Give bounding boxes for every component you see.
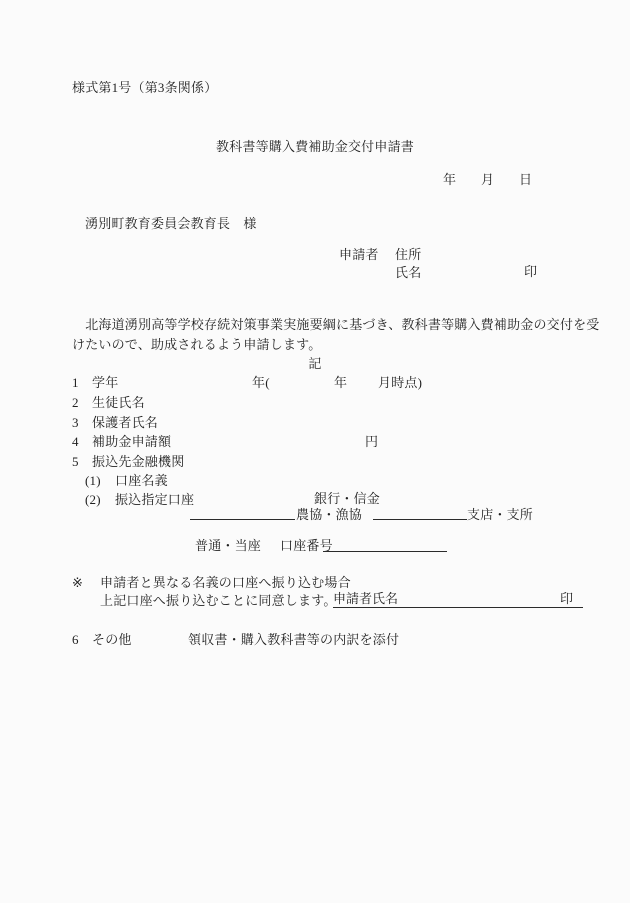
item5-number: 5 [72,454,79,469]
item1-year: 年 [334,375,347,390]
list-marker-ki: 記 [0,356,630,371]
account-type-label: 普通・当座 [195,538,261,553]
bank-type-line2: 農協・漁協 [296,507,362,522]
item5-sub1-label: 口座名義 [115,473,168,488]
item3-number: 3 [72,415,79,430]
date-month-label: 月 [481,172,494,187]
item1-month-suffix: 月時点) [378,375,422,390]
item4-label: 補助金申請額 [92,434,171,449]
consent-applicant-name-label: 申請者氏名 [333,591,398,606]
item6-note: 領収書・購入教科書等の内訳を添付 [188,632,399,647]
applicant-address-label: 住所 [395,247,421,262]
item5-sub1-number: (1) [85,473,101,488]
form-number: 様式第1号（第3条関係） [72,80,217,95]
date-day-label: 日 [519,172,532,187]
consent-seal-mark: 印 [560,591,573,606]
item3-label: 保護者氏名 [92,415,158,430]
bank-name-fill-line [190,505,295,520]
addressee: 湧別町教育委員会教育長 様 [85,216,257,231]
date-year-label: 年 [443,172,456,187]
item5-sub2-number: (2) [85,492,101,507]
bank-type-line1: 銀行・信金 [314,491,380,506]
consent-applicant-name-fill-line: 申請者氏名 印 [333,591,583,608]
item6-number: 6 [72,632,79,647]
body-paragraph-line-1: 北海道湧別高等学校存続対策事業実施要綱に基づき、教科書等購入費補助金の交付を受 [72,317,599,332]
item5-sub2-label: 振込指定口座 [115,492,194,507]
item2-label: 生徒氏名 [92,395,145,410]
branch-name-fill-line [373,505,467,520]
applicant-label: 申請者 [339,247,379,262]
application-form-page: 様式第1号（第3条関係） 教科書等購入費補助金交付申請書 年 月 日 湧別町教育… [0,0,630,903]
item2-number: 2 [72,395,79,410]
item1-number: 1 [72,375,79,390]
body-paragraph-line-2: けたいので、助成されるよう申請します。 [72,337,322,352]
consent-line1: 申請者と異なる名義の口座へ振り込む場合 [100,575,351,590]
applicant-seal-mark: 印 [524,264,537,279]
item1-label: 学年 [92,375,118,390]
item4-number: 4 [72,434,79,449]
item1-year-paren: 年( [252,375,270,390]
applicant-name-label: 氏名 [395,265,421,280]
page-title: 教科書等購入費補助金交付申請書 [0,139,630,154]
account-number-fill-line [323,536,447,552]
item6-label: その他 [92,632,132,647]
consent-line2: 上記口座へ振り込むことに同意します。 [100,593,337,608]
consent-marker: ※ [72,575,83,590]
branch-suffix: 支店・支所 [467,507,533,522]
item5-label: 振込先金融機関 [92,454,184,469]
item4-yen-unit: 円 [365,434,378,449]
